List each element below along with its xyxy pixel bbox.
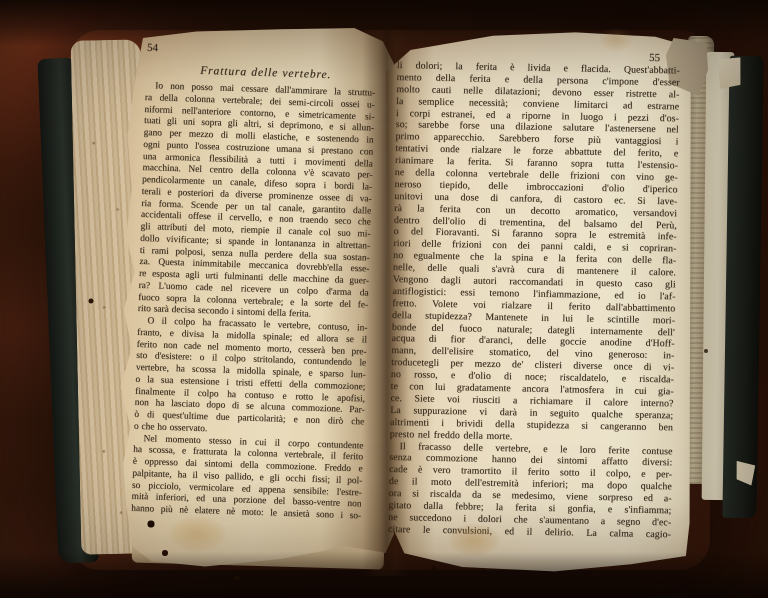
right-page-text: li dolori; la ferita è livida e flacida.… — [388, 60, 680, 541]
left-page-lines: Io non posso mai cessare dall'ammirare l… — [131, 81, 375, 523]
right-page-lines: li dolori; la ferita è livida e flacida.… — [388, 60, 680, 541]
photo-open-book: 54 55 Frattura delle vertebre. Io non po… — [0, 0, 768, 598]
book-cover-right-edge — [722, 56, 763, 518]
left-page-number: 54 — [147, 42, 158, 54]
right-page-number: 55 — [649, 52, 660, 64]
wood-specks — [0, 0, 2, 2]
gutter-shadow — [362, 30, 410, 576]
left-page-text: Frattura delle vertebre. Io non posso ma… — [131, 63, 376, 523]
